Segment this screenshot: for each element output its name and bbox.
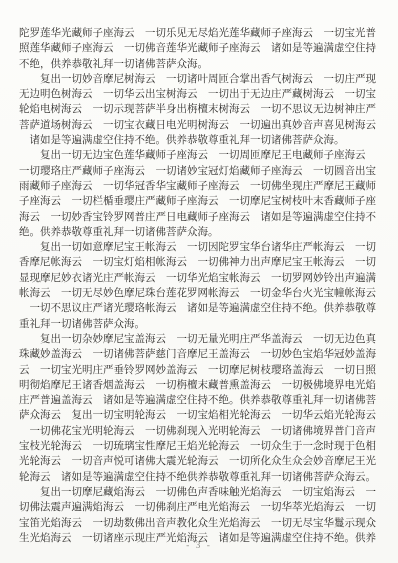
- page-number: - 3 -: [0, 541, 398, 551]
- text-line: 海云 一切妙香宝铃罗网普庄严日电藏师子座海云 诸如是等遍满虚空住持不: [19, 210, 381, 225]
- text-line: 复出一切无边宝色莲华藏师子座海云 一切周匝摩尼王电藏师子座海云: [19, 148, 381, 163]
- text-line: 复出一切如意摩尼宝王帐海云 一切因陀罗宝华台诸华庄严帐海云 一切: [19, 240, 381, 255]
- text-line: 复出一切妙音摩尼树海云 一切诸叶周匝合掌出香气树海云 一切庄严现: [19, 72, 381, 87]
- text-line: 显现摩尼妙衣诸光庄严帐海云 一切华光焰宝帐海云 一切罗网妙铃出声遍满: [19, 271, 381, 286]
- text-line: 珠藏妙盖海云 一切诸佛菩萨慈门音摩尼王盖海云 一切妙色宝焰华冠妙盖海: [19, 347, 381, 362]
- text-line: 照莲华藏师子座海云 一切佛音莲华光藏师子座海云 诸如是等遍满虚空住持: [19, 41, 381, 56]
- text-line: 香摩尼帐海云 一切宝灯焰相帐海云 一切佛神力出声摩尼宝王帐海云 一切: [19, 255, 381, 270]
- text-line: 无边明色树海云 一切华云出宝树海云 一切出于无边庄严藏树海云 一切宝: [19, 87, 381, 102]
- text-line: 切佛法震声遍满焰海云 一切佛刹庄严电光焰海云 一切华萃光焰海云 一切: [19, 500, 381, 515]
- text-line: 雨藏师子座海云 一切华冠香华宝藏师子座海云 一切佛坐现庄严摩尼王藏师: [19, 179, 381, 194]
- text-line: 轮海云 诸如是等遍满虚空住持不绝供养恭敬尊重礼拜一切诸佛菩萨众海云。: [19, 470, 381, 485]
- text-line: 菩萨道场树海云 一切宝衣藏日电光明树海云 一切遍出真妙音声喜见树海云: [19, 118, 381, 133]
- text-line: 复出一切摩尼藏焰海云 一切佛色声香味触光焰海云 一切宝焰海云 一: [19, 485, 381, 500]
- text-line: 复出一切杂妙摩尼宝盖海云 一切无量光明庄严华盖海云 一切无边色真: [19, 332, 381, 347]
- text-line: 宝枝光轮海云 一切琉璃宝性摩尼王焰光轮海云 一切众生于一念时现于色相: [19, 439, 381, 454]
- text-line: 不绝，供养恭敬礼拜一切诸佛菩萨众海。: [19, 57, 381, 72]
- text-line: 一切璎珞庄严藏师子座海云 一切诸妙宝冠灯焰藏师子座海云 一切圆音出宝: [19, 164, 381, 179]
- text-line: 诸如是等遍满虚空住持不绝。供养恭敬尊重礼拜一切诸佛菩萨众海。: [19, 133, 381, 148]
- text-line: 庄严普遍盖海云 诸如是等遍满虚空住持不绝。供养恭敬尊重礼拜一切诸佛菩: [19, 393, 381, 408]
- text-line: 宝笛光焰海云 一切劫数佛出音声教化众生光焰海云 一切无尽宝华鬘示现众: [19, 516, 381, 531]
- text-line: 一切不思议庄严诸光璎珞帐海云 诸如是等遍满虚空住持不绝。供养恭敬尊: [19, 301, 381, 316]
- text-line: 子座海云 一切栏楯垂璎庄严藏师子座海云 一切摩尼宝树枝叶末香藏师子座: [19, 194, 381, 209]
- sutra-text-block: 陀罗莲华光藏师子座海云 一切乐见无尽焰光莲华藏师子座海云 一切宝光普 照莲华藏师…: [19, 26, 381, 546]
- text-line: 重礼拜一切诸佛菩萨众海。: [19, 317, 381, 332]
- text-line: 陀罗莲华光藏师子座海云 一切乐见无尽焰光莲华藏师子座海云 一切宝光普: [19, 26, 381, 41]
- text-line: 轮焰电树海云 一切示现菩萨半身出栴檀末树海云 一切不思议无边树神庄严: [19, 102, 381, 117]
- document-page: 陀罗莲华光藏师子座海云 一切乐见无尽焰光莲华藏师子座海云 一切宝光普 照莲华藏师…: [0, 0, 398, 563]
- text-line: 云 一切宝光明庄严垂铃罗网妙盖海云 一切摩尼树枝璎珞盖海云 一切日照: [19, 363, 381, 378]
- text-line: 光轮海云 一切音声悦可诸佛大震光轮海云 一切所化众生众会妙音摩尼王光: [19, 454, 381, 469]
- text-line: 绝。供养恭敬尊重礼拜一切诸佛菩萨众海。: [19, 225, 381, 240]
- text-line: 一切佛花宝光明轮海云 一切佛刹现入光明轮海云 一切诸佛境界普门音声: [19, 424, 381, 439]
- text-line: 帐海云 一切无尽妙色摩尼珠台莲花罗网帐海云 一切金华台火光宝幢帐海云: [19, 286, 381, 301]
- text-line: 萨众海云 复出一切宝明轮海云 一切宝焰相光轮海云 一切华云焰光轮海云: [19, 408, 381, 423]
- text-line: 明彻焰摩尼王诸香烟盖海云 一切栴檀末藏普熏盖海云 一切极佛境界电光焰: [19, 378, 381, 393]
